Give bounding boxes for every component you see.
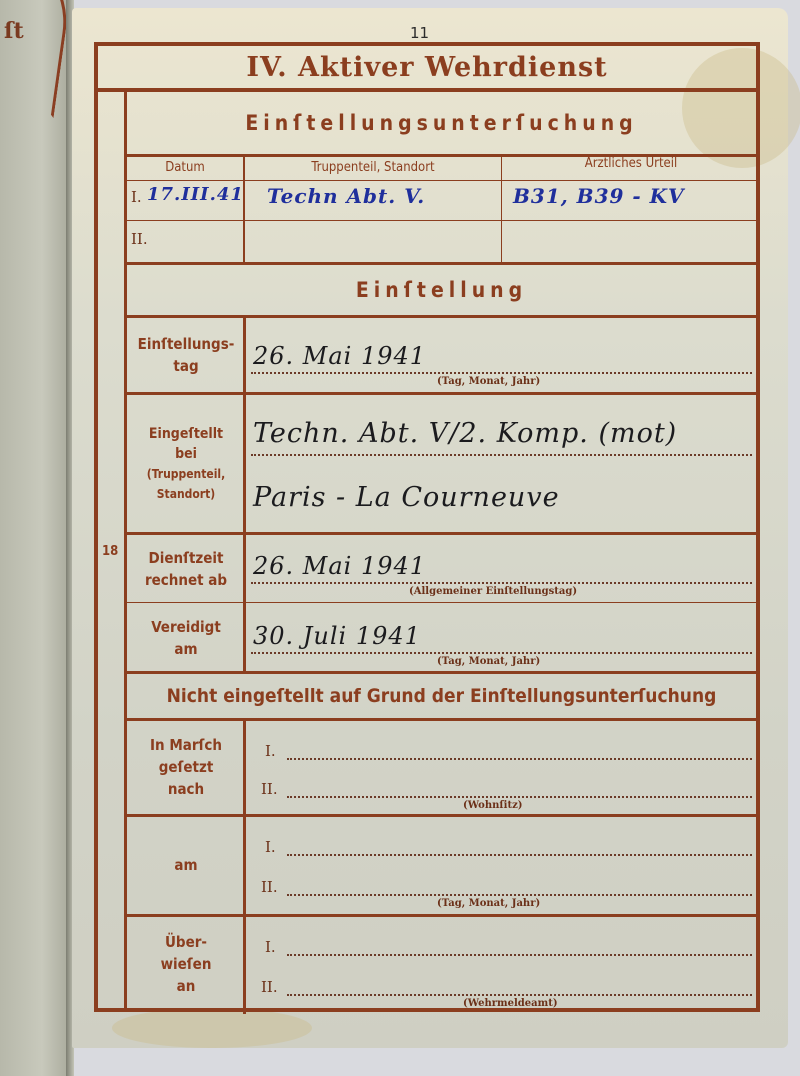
section-einstellung-heading: Einſtellung xyxy=(127,265,756,318)
untersuchung-truppenteil-1: Techn Abt. V. xyxy=(267,184,425,208)
line-roman: II. xyxy=(261,978,278,996)
dotted-line xyxy=(251,582,752,584)
side-column: 18 xyxy=(98,92,127,1008)
form-grid: Einſtellungsunterſuchung Datum Truppente… xyxy=(127,92,756,1008)
value-vereidigt-am: 30. Juli 1941 xyxy=(253,622,421,650)
caption-vereidigt: (Tag, Monat, Jahr) xyxy=(437,656,540,667)
col-header-datum: Datum xyxy=(127,160,243,175)
label-in-marsch-gesetzt-nach: In Marſchgeſetztnach xyxy=(127,720,245,814)
row-roman-1: I. xyxy=(131,188,142,206)
col-header-truppenteil: Truppenteil, Standort xyxy=(245,160,501,175)
untersuchung-datum-1: 17.III.41 xyxy=(147,184,244,205)
line-roman: I. xyxy=(265,838,276,856)
divider xyxy=(243,154,245,264)
caption-einstellungstag: (Tag, Monat, Jahr) xyxy=(437,376,540,387)
line-roman: II. xyxy=(261,878,278,896)
section-nicht-eingestellt-heading: Nicht eingeſtellt auf Grund der Einſtell… xyxy=(127,674,756,718)
value-einstellungstag: 26. Mai 1941 xyxy=(253,342,426,370)
caption-wohnsitz: (Wohnſitz) xyxy=(463,800,523,811)
caption-wehrmeldeamt: (Wehrmeldeamt) xyxy=(463,998,558,1009)
section-heading-text: Einſtellungsunterſuchung xyxy=(245,111,637,135)
caption-tag-monat-jahr: (Tag, Monat, Jahr) xyxy=(437,898,540,909)
untersuchung-urteil-1: B31, B39 - KV xyxy=(513,184,685,208)
paper-stain xyxy=(112,1008,312,1048)
col-header-aerztliches-urteil: Ärztliches Urteil xyxy=(505,156,757,171)
line-roman: II. xyxy=(261,780,278,798)
left-page-glyph: ſt xyxy=(4,18,24,44)
document-page: 11 IV. Aktiver Wehrdienst 18 Einſtellung… xyxy=(72,8,788,1048)
label-ueberwiesen-an: Über-wieſenan xyxy=(127,916,245,1012)
label-vereidigt-am: Vereidigtam xyxy=(127,604,245,671)
page-title: IV. Aktiver Wehrdienst xyxy=(246,52,607,83)
divider xyxy=(127,602,756,603)
dotted-line-input[interactable] xyxy=(287,894,752,896)
section-heading-text: Einſtellung xyxy=(356,278,527,302)
form-frame: IV. Aktiver Wehrdienst 18 Einſtellungsun… xyxy=(94,42,760,1012)
dotted-line-input[interactable] xyxy=(287,758,752,760)
line-roman: I. xyxy=(265,742,276,760)
dotted-line xyxy=(251,454,752,456)
section-heading-text: Nicht eingeſtellt auf Grund der Einſtell… xyxy=(167,685,717,707)
dotted-line-input[interactable] xyxy=(287,994,752,996)
dotted-line xyxy=(251,652,752,654)
divider xyxy=(127,180,756,181)
divider xyxy=(127,220,756,221)
value-dienstzeit-rechnet-ab: 26. Mai 1941 xyxy=(253,552,426,580)
label-eingestellt-bei: Eingeſtelltbei(Truppenteil,Standort) xyxy=(127,395,245,532)
left-page-edge: ſt xyxy=(0,0,70,1076)
value-eingestellt-bei-line1: Techn. Abt. V/2. Komp. (mot) xyxy=(253,418,677,449)
section-einstellungsuntersuchung-heading: Einſtellungsunterſuchung xyxy=(127,92,756,157)
side-number: 18 xyxy=(102,544,118,559)
dotted-line-input[interactable] xyxy=(287,854,752,856)
dotted-line xyxy=(251,372,752,374)
row-roman-2: II. xyxy=(131,230,148,248)
title-row: IV. Aktiver Wehrdienst xyxy=(98,46,756,92)
dotted-line-input[interactable] xyxy=(287,796,752,798)
label-dienstzeit-rechnet-ab: Dienſtzeitrechnet ab xyxy=(127,535,245,602)
label-einstellungstag: Einſtellungs-tag xyxy=(127,318,245,392)
dotted-line-input[interactable] xyxy=(287,954,752,956)
caption-dienstzeit: (Allgemeiner Einſtellungstag) xyxy=(409,586,577,597)
label-am: am xyxy=(127,816,245,914)
line-roman: I. xyxy=(265,938,276,956)
value-eingestellt-bei-line2: Paris - La Courneuve xyxy=(253,482,560,513)
divider xyxy=(501,154,502,264)
page-number: 11 xyxy=(410,24,429,42)
